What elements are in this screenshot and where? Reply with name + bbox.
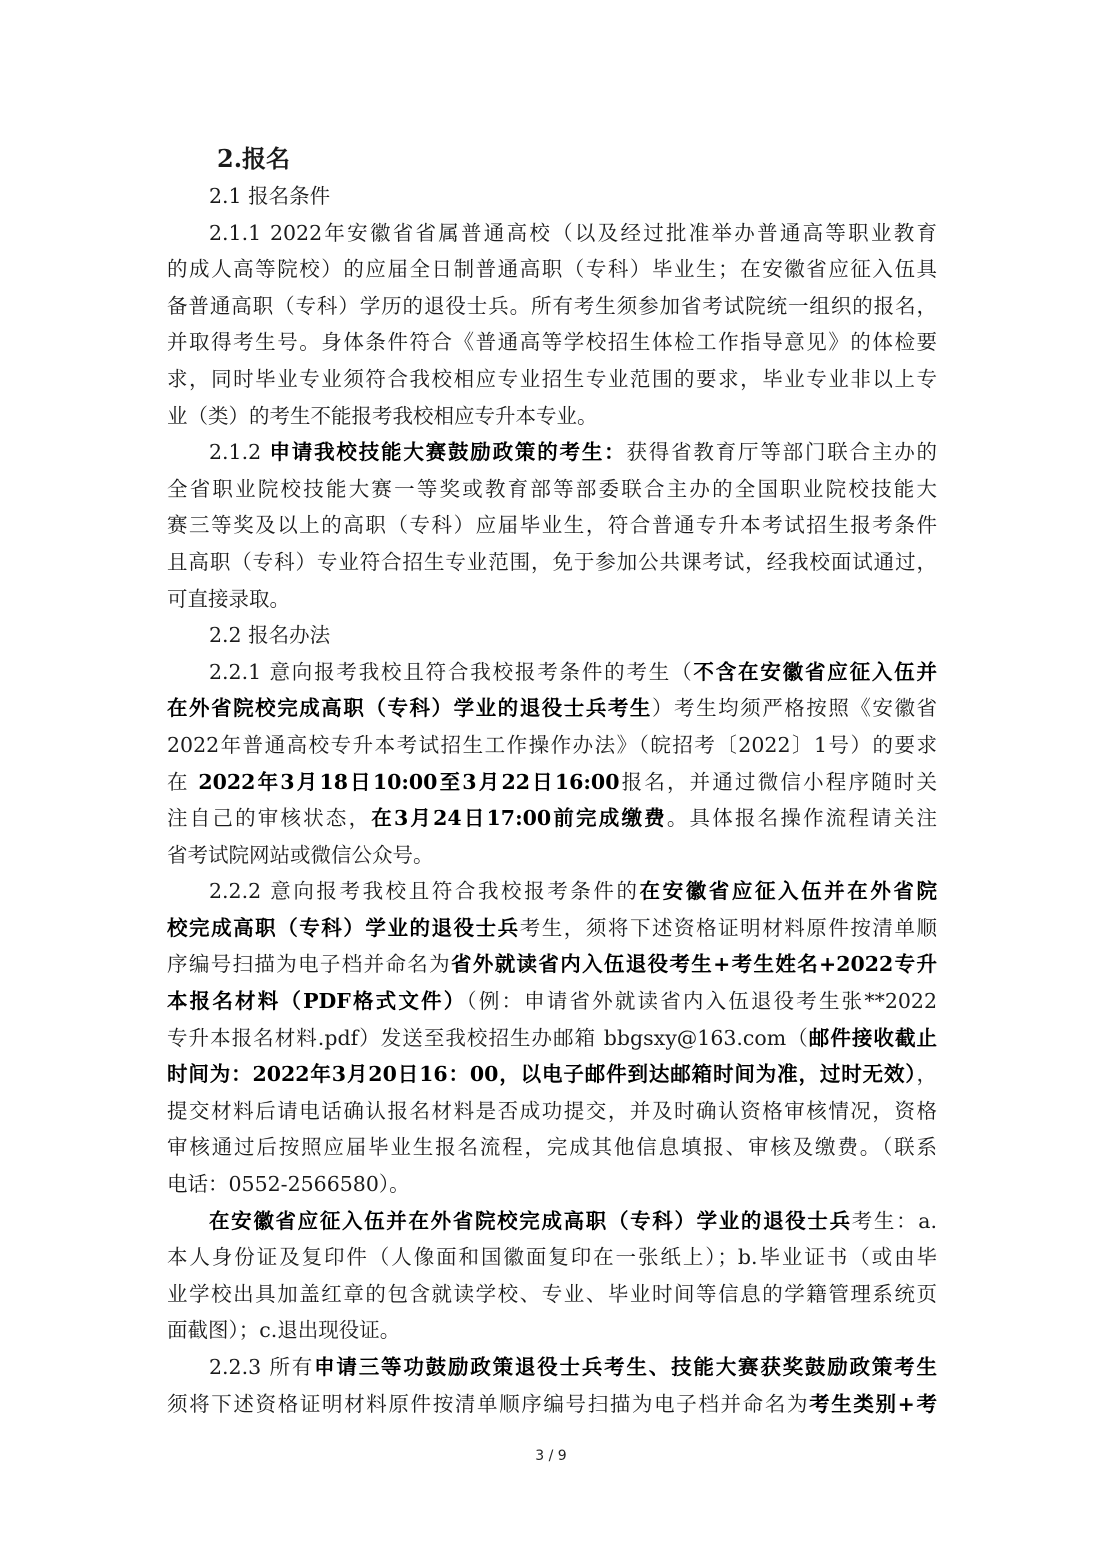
paragraph-2-2-1: 2.2.1 意向报考我校且符合我校报考条件的考生（不含在安徽省应征入伍并 在外省…: [167, 654, 937, 874]
registration-period: 2022年3月18日10:00至3月22日16:00: [198, 770, 619, 794]
bold-emphasis: 不含在安徽省应征入伍并: [693, 660, 937, 684]
contact-phone: 电话：0552-2566580）。: [167, 1166, 937, 1203]
bold-emphasis: 本报名材料（PDF格式文件）: [167, 989, 466, 1013]
page-indicator: 3 / 9: [0, 1448, 1102, 1464]
bold-emphasis: 考生类别+考: [809, 1392, 937, 1416]
text-line: 2.1.2 申请我校技能大赛鼓励政策的考生：获得省教育厅等部门联合主办的: [167, 434, 937, 471]
subsection-heading: 2.2 报名办法: [167, 617, 937, 654]
text-line: 全省职业院校技能大赛一等奖或教育部等部委联合主办的全国职业院校技能大: [167, 471, 937, 508]
bold-emphasis: 校完成高职（专科）学业的退役士兵: [167, 916, 520, 940]
text-line: 并取得考生号。身体条件符合《普通高等学校招生体检工作指导意见》的体检要: [167, 324, 937, 361]
text-line: 2.2.1 意向报考我校且符合我校报考条件的考生（不含在安徽省应征入伍并: [167, 654, 937, 691]
paragraph-2-2-3: 2.2.3 所有申请三等功鼓励政策退役士兵考生、技能大赛获奖鼓励政策考生 须将下…: [167, 1349, 937, 1422]
text-line: 的成人高等院校）的应届全日制普通高职（专科）毕业生；在安徽省应征入伍具: [167, 251, 937, 288]
text-line: 可直接录取。: [167, 581, 937, 618]
document-body: 2.报名 2.1 报名条件 2.1.1 2022年安徽省省属普通高校（以及经过批…: [167, 140, 937, 1422]
text-line: 在安徽省应征入伍并在外省院校完成高职（专科）学业的退役士兵考生：a.: [167, 1203, 937, 1240]
payment-deadline: 在3月24日17:00前完成缴费: [371, 806, 667, 830]
text-line: 2022年普通高校专升本考试招生工作操作办法》（皖招考〔2022〕1号）的要求: [167, 727, 937, 764]
text-line: 审核通过后按照应届毕业生报名流程，完成其他信息填报、审核及缴费。（联系: [167, 1129, 937, 1166]
file-naming-rule: 省外就读省内入伍退役考生+考生姓名+2022专升: [451, 952, 937, 976]
text-line: 时间为：2022年3月20日16：00，以电子邮件到达邮箱时间为准，过时无效），: [167, 1056, 937, 1093]
text-line: 业（类）的考生不能报考我校相应专升本专业。: [167, 398, 937, 435]
paragraph-2-2-2: 2.2.2 意向报考我校且符合我校报考条件的在安徽省应征入伍并在外省院 校完成高…: [167, 873, 937, 1202]
text-line: 在外省院校完成高职（专科）学业的退役士兵考生）考生均须严格按照《安徽省: [167, 690, 937, 727]
section-title: 2.报名: [167, 140, 937, 178]
subsection-heading: 2.1 报名条件: [167, 178, 937, 215]
text-line: 序编号扫描为电子档并命名为省外就读省内入伍退役考生+考生姓名+2022专升: [167, 946, 937, 983]
text-line: 面截图）；c.退出现役证。: [167, 1312, 937, 1349]
text-line: 2.1.1 2022年安徽省省属普通高校（以及经过批准举办普通高等职业教育: [167, 215, 937, 252]
paragraph-2-1-1: 2.1.1 2022年安徽省省属普通高校（以及经过批准举办普通高等职业教育 的成…: [167, 215, 937, 435]
text-line: 在 2022年3月18日10:00至3月22日16:00报名，并通过微信小程序随…: [167, 764, 937, 801]
bold-emphasis: 申请我校技能大赛鼓励政策的考生：: [270, 440, 627, 464]
paragraph-veteran-materials: 在安徽省应征入伍并在外省院校完成高职（专科）学业的退役士兵考生：a. 本人身份证…: [167, 1203, 937, 1349]
text-line: 赛三等奖及以上的高职（专科）应届毕业生，符合普通专升本考试招生报考条件: [167, 507, 937, 544]
document-page: 2.报名 2.1 报名条件 2.1.1 2022年安徽省省属普通高校（以及经过批…: [0, 0, 1102, 1559]
text-line: 2.2.3 所有申请三等功鼓励政策退役士兵考生、技能大赛获奖鼓励政策考生: [167, 1349, 937, 1386]
text-line: 须将下述资格证明材料原件按清单顺序编号扫描为电子档并命名为考生类别+考: [167, 1386, 937, 1423]
text-line: 求，同时毕业专业须符合我校相应专业招生专业范围的要求，毕业专业非以上专: [167, 361, 937, 398]
text-line: 提交材料后请电话确认报名材料是否成功提交，并及时确认资格审核情况，资格: [167, 1093, 937, 1130]
bold-emphasis: 申请三等功鼓励政策退役士兵考生、技能大赛获奖鼓励政策考生: [314, 1355, 937, 1379]
bold-emphasis: 在安徽省应征入伍并在外省院校完成高职（专科）学业的退役士兵: [209, 1209, 852, 1233]
text-line: 校完成高职（专科）学业的退役士兵考生，须将下述资格证明材料原件按清单顺: [167, 910, 937, 947]
text-line: 且高职（专科）专业符合招生专业范围，免于参加公共课考试，经我校面试通过，: [167, 544, 937, 581]
text-line: 2.2.2 意向报考我校且符合我校报考条件的在安徽省应征入伍并在外省院: [167, 873, 937, 910]
text-line: 省考试院网站或微信公众号。: [167, 837, 937, 874]
text-line: 备普通高职（专科）学历的退役士兵。所有考生须参加省考试院统一组织的报名，: [167, 288, 937, 325]
text-line: 业学校出具加盖红章的包含就读学校、专业、毕业时间等信息的学籍管理系统页: [167, 1276, 937, 1313]
bold-emphasis: 在外省院校完成高职（专科）学业的退役士兵考生: [167, 696, 652, 720]
email-address-text: 专升本报名材料.pdf）发送至我校招生办邮箱 bbgsxy@163.com（: [167, 1026, 809, 1050]
text-line: 本报名材料（PDF格式文件）（例：申请省外就读省内入伍退役考生张**2022: [167, 983, 937, 1020]
email-deadline: 时间为：2022年3月20日16：00，以电子邮件到达邮箱时间为准，过时无效）: [167, 1062, 917, 1086]
text-line: 本人身份证及复印件（人像面和国徽面复印在一张纸上）；b.毕业证书（或由毕: [167, 1239, 937, 1276]
paragraph-2-1-2: 2.1.2 申请我校技能大赛鼓励政策的考生：获得省教育厅等部门联合主办的 全省职…: [167, 434, 937, 617]
bold-emphasis: 在安徽省应征入伍并在外省院: [640, 879, 937, 903]
bold-emphasis: 邮件接收截止: [809, 1026, 937, 1050]
text-line: 注自己的审核状态，在3月24日17:00前完成缴费。具体报名操作流程请关注: [167, 800, 937, 837]
text-line: 专升本报名材料.pdf）发送至我校招生办邮箱 bbgsxy@163.com（邮件…: [167, 1020, 937, 1057]
